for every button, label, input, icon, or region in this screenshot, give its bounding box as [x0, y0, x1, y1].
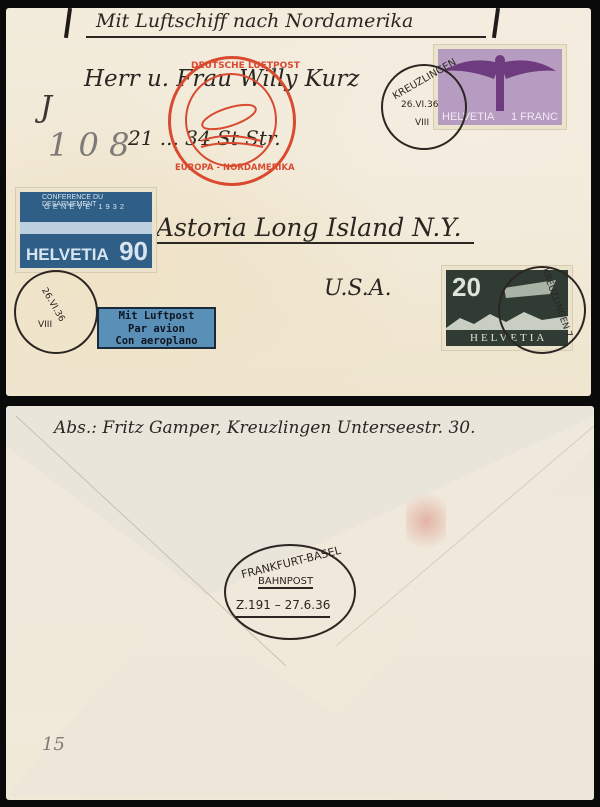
pencil-note: 1 0 8	[48, 126, 129, 164]
stamp-disarmament-country: HELVETIA	[26, 245, 109, 265]
postmark-kreuzlingen-right: KREUZLINGEN 7	[498, 266, 586, 354]
airmail-label: Mit Luftpost Par avion Con aeroplano	[97, 307, 216, 349]
pencil-number: 15	[42, 734, 65, 755]
pencil-mark: J	[40, 90, 52, 125]
red-cachet-remnant	[406, 486, 446, 556]
routing-note: Mit Luftschiff nach Nordamerika	[96, 10, 413, 32]
routing-note-box: Mit Luftschiff nach Nordamerika	[86, 8, 486, 38]
stamp-disarmament-header2: GENEVE 1932	[44, 202, 127, 211]
stamp-disarmament: CONFERENCE DU DESARMEMENT GENEVE 1932 HE…	[20, 192, 152, 268]
envelope-back: Abs.: Fritz Gamper, Kreuzlingen Untersee…	[6, 406, 594, 800]
cachet-top-text: DEUTSCHE LUFTPOST	[191, 61, 300, 71]
stamp-disarmament-value: 90	[119, 236, 148, 267]
address-line-4: U.S.A.	[324, 276, 392, 301]
transit-postmark: FRANKFURT-BASEL BAHNPOST Z.191 – 27.6.36	[224, 544, 356, 640]
stamp-band	[20, 222, 152, 234]
cachet-bottom-text: EUROPA - NORDAMERIKA	[175, 163, 295, 173]
postmark-kreuzlingen-top: KREUZLINGEN 26.VI.36 VIII	[381, 64, 467, 150]
postmark-kreuzlingen-left: 26.VI.36 VIII	[14, 270, 98, 354]
stamp-icarus-value: 1 FRANC	[511, 111, 558, 123]
address-line-3: Astoria Long Island N.Y.	[156, 213, 474, 244]
envelope-front: Mit Luftschiff nach Nordamerika J 1 0 8 …	[6, 8, 591, 396]
zeppelin-cachet: DEUTSCHE LUFTPOST EUROPA - NORDAMERIKA	[168, 56, 296, 186]
sender-address: Abs.: Fritz Gamper, Kreuzlingen Untersee…	[54, 418, 476, 438]
